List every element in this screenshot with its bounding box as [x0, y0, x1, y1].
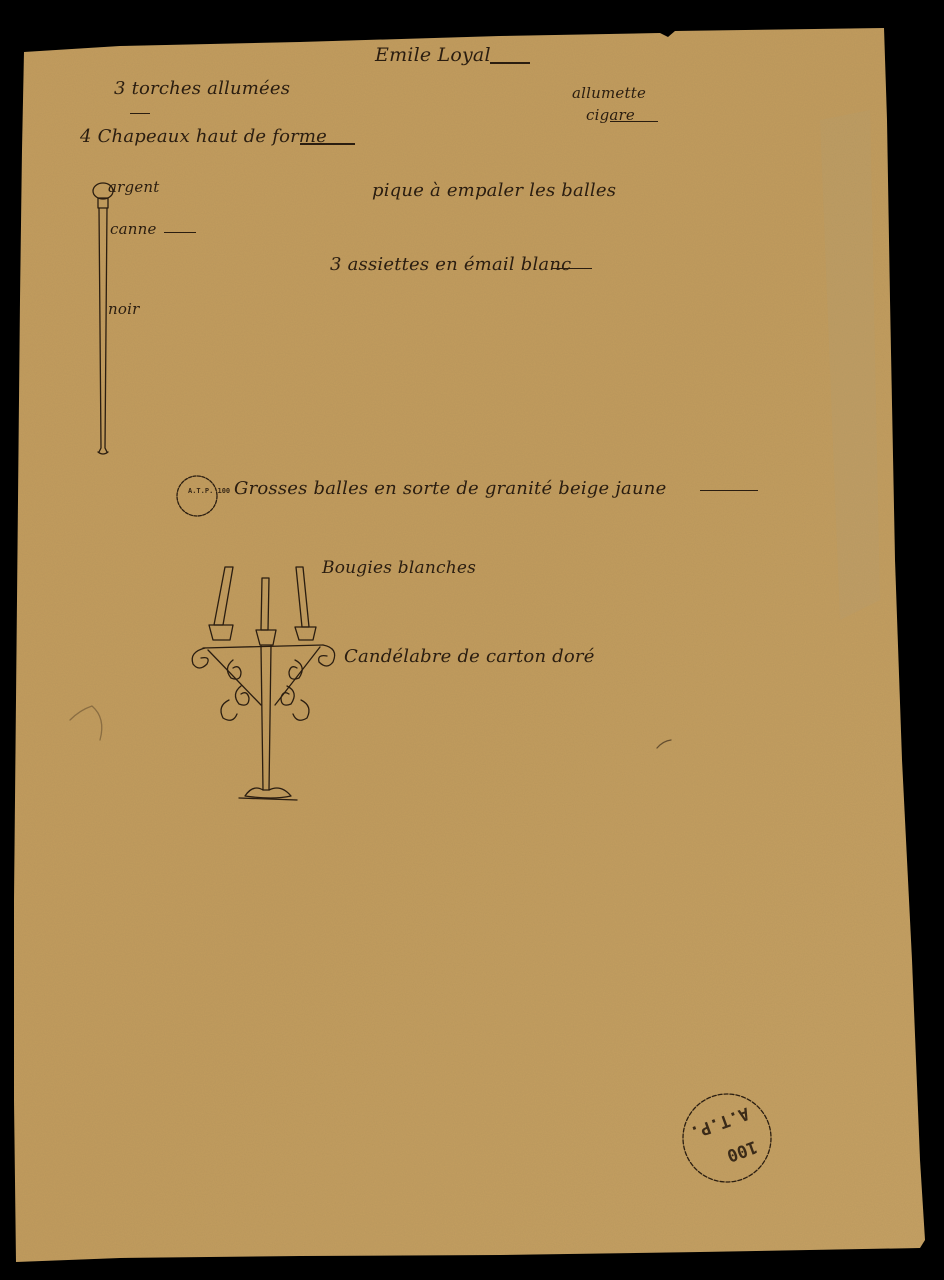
cigar-underline [610, 121, 658, 122]
note-pike: pique à empaler les balles [372, 180, 616, 201]
cane-label-silver: argent [108, 178, 159, 196]
plates-underline [552, 268, 592, 269]
archive-stamp-icon: 100 A.T.P. [680, 1090, 780, 1190]
header-name: Emile Loyal [375, 44, 491, 66]
svg-text:A.T.P. 100: A.T.P. 100 [188, 487, 230, 495]
note-candles: Bougies blanches [322, 558, 476, 578]
stray-tick [655, 738, 675, 750]
cane-label-cane: canne [110, 220, 157, 238]
svg-text:A.T.P.: A.T.P. [687, 1103, 752, 1143]
header-underline [490, 62, 530, 64]
note-candelabra: Candélabre de carton doré [344, 646, 595, 667]
note-matches: allumette [572, 84, 646, 102]
note-plates: 3 assiettes en émail blanc [330, 254, 571, 275]
balls-underline [700, 490, 758, 491]
candelabra-sketch [183, 560, 343, 810]
document-scan: Emile Loyal 3 torches allumées 4 Chapeau… [0, 0, 944, 1280]
note-torches: 3 torches allumées [114, 78, 290, 99]
small-stamp-icon: A.T.P. 100 [174, 472, 222, 520]
hats-underline [300, 143, 355, 145]
stray-mark [60, 700, 120, 750]
svg-text:100: 100 [724, 1136, 760, 1165]
cane-label-black: noir [108, 300, 139, 318]
note-balls: Grosses balles en sorte de granité beige… [234, 478, 666, 499]
cane-underline [164, 232, 196, 233]
note-hats: 4 Chapeaux haut de forme [80, 126, 327, 147]
torches-mark [130, 113, 150, 114]
